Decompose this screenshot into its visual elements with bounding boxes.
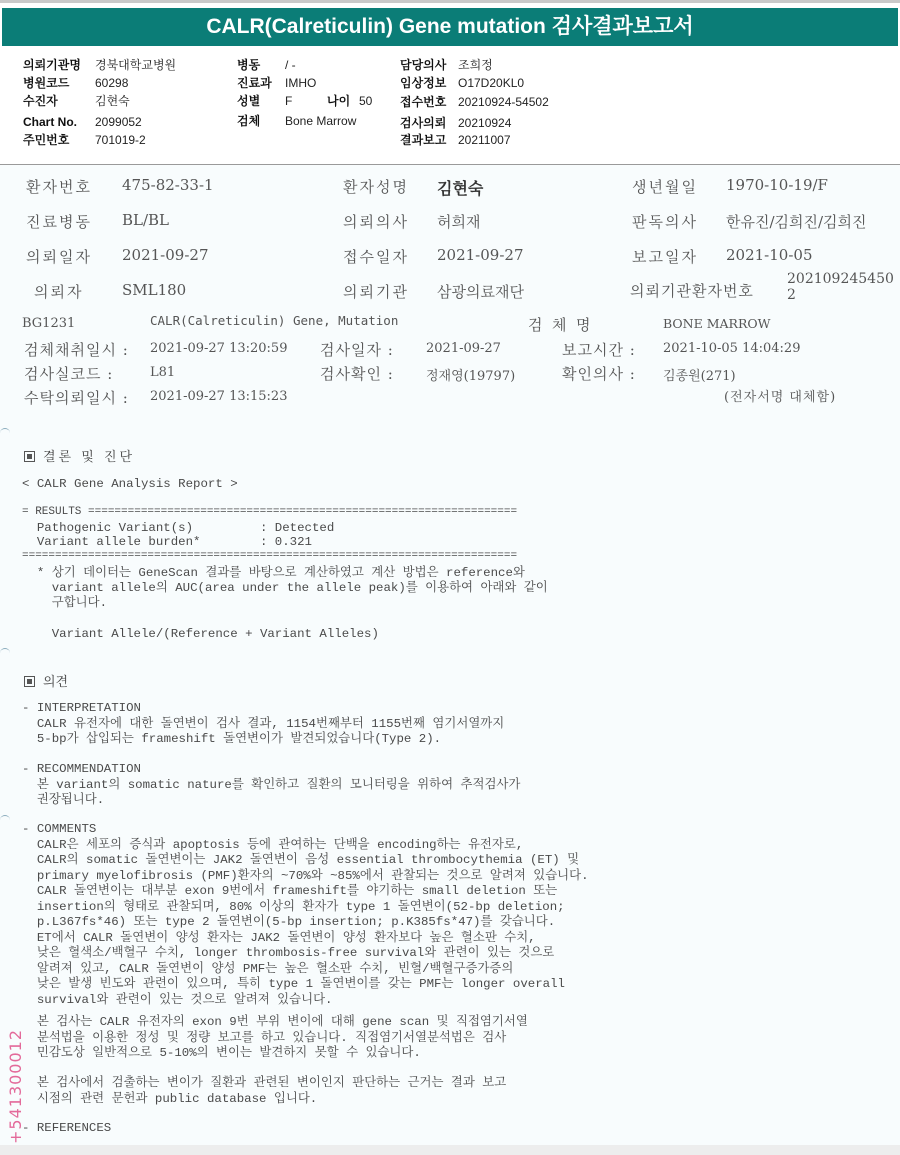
header-field-attending: 담당의사조희정 [400, 56, 493, 74]
patient-label-number: 환자번호 [26, 176, 92, 197]
analysis-report-title: < CALR Gene Analysis Report > [22, 477, 238, 491]
patient-value-institution-patient-no: 202109245450 [787, 271, 894, 287]
conclusion-heading: 결론 및 진단 [24, 446, 135, 465]
patient-label-report-date: 보고일자 [632, 246, 698, 267]
patient-value-receipt-date: 2021-09-27 [437, 246, 523, 264]
patient-label-requester: 의뢰자 [34, 281, 83, 302]
patient-value-requester: SML180 [122, 281, 186, 299]
square-bullet-icon [24, 451, 35, 462]
confirm-doctor-value: 김종원(271) [663, 365, 736, 384]
results-table: Pathogenic Variant(s) : Detected Variant… [22, 521, 334, 549]
report-time-value: 2021-10-05 14:04:29 [663, 341, 800, 356]
test-date-label: 검사일자 : [320, 339, 394, 360]
collect-label: 검체채취일시 : [24, 339, 129, 360]
header-field-specimen: 검체Bone Marrow [237, 112, 356, 130]
report-title-banner: CALR(Calreticulin) Gene mutation 검사결과보고서 [2, 8, 898, 46]
patient-value-birthdate: 1970-10-19/F [726, 176, 828, 194]
header-field-ward: 병동/ - [237, 56, 296, 74]
patient-value-report-date: 2021-10-05 [726, 246, 812, 264]
header-field-test-request: 검사의뢰20210924 [400, 114, 511, 132]
lab-code-label: 검사실코드 : [24, 363, 113, 384]
basis-note: 본 검사에서 검출하는 변이가 질환과 관련된 변이인지 판단하는 근거는 결과… [22, 1076, 506, 1107]
patient-value-name: 김현숙 [437, 176, 483, 199]
result-variant-allele-burden: Variant allele burden* : 0.321 [22, 535, 334, 549]
header-field-receipt-no: 접수번호20210924-54502 [400, 93, 549, 111]
confirm-doctor-label: 확인의사 : [562, 363, 636, 384]
references-heading: - REFERENCES [22, 1121, 111, 1135]
specimen-value: BONE MARROW [663, 316, 770, 331]
method-note: 본 검사는 CALR 유전자의 exon 9번 부위 변이에 대해 gene s… [22, 1015, 528, 1062]
header-field-age: 나이50 [327, 92, 372, 110]
patient-label-institution-patient-no: 의뢰기관환자번호 [630, 280, 754, 301]
header-field-clinical-info: 임상정보O17D20KL0 [400, 74, 524, 92]
e-signature-note: (전자서명 대체함) [724, 386, 836, 405]
patient-value-institution-patient-no-cont: 2 [787, 287, 796, 303]
margin-mark [0, 428, 10, 433]
bottom-scroll-area[interactable] [0, 1145, 900, 1155]
result-pathogenic-variant: Pathogenic Variant(s) : Detected [22, 521, 334, 535]
specimen-label: 검 체 명 [528, 314, 591, 335]
lab-code-value: L81 [150, 365, 175, 380]
patient-value-ward: BL/BL [122, 211, 169, 229]
patient-label-birthdate: 생년월일 [632, 176, 698, 197]
header-field-result-report: 결과보고20211007 [400, 131, 511, 149]
patient-label-receipt-date: 접수일자 [343, 246, 409, 267]
consign-value: 2021-09-27 13:15:23 [150, 389, 287, 404]
patient-value-number: 475-82-33-1 [122, 176, 214, 194]
allele-burden-formula: Variant Allele/(Reference + Variant Alle… [22, 627, 379, 641]
header-field-department: 진료과IMHO [237, 74, 316, 92]
test-date-value: 2021-09-27 [426, 341, 501, 356]
patient-label-name: 환자성명 [343, 176, 409, 197]
test-name: CALR(Calreticulin) Gene, Mutation [150, 313, 398, 328]
consign-label: 수탁의뢰일시 : [24, 387, 129, 408]
patient-value-referring-doctor: 허희재 [437, 211, 480, 232]
window-top-border [0, 0, 900, 3]
test-confirm-value: 정재영(19797) [426, 365, 515, 384]
report-time-label: 보고시간 : [562, 339, 636, 360]
results-footnote: * 상기 데이터는 GeneScan 결과를 바탕으로 계산하였고 계산 방법은… [22, 566, 548, 611]
patient-label-institution: 의뢰기관 [343, 281, 409, 302]
comments-section: - COMMENTS CALR은 세포의 증식과 apoptosis 등에 관여… [22, 822, 589, 1008]
opinion-heading: 의견 [24, 671, 68, 690]
header-field-resident-no: 주민번호701019-2 [23, 131, 146, 149]
header-field-patient: 수진자김현숙 [23, 92, 130, 110]
header-field-institution: 의뢰기관명경북대학교병원 [23, 56, 176, 74]
collect-value: 2021-09-27 13:20:59 [150, 341, 287, 356]
patient-label-ward: 진료병동 [26, 211, 92, 232]
patient-label-request-date: 의뢰일자 [26, 246, 92, 267]
interpretation-section: - INTERPRETATION CALR 유전자에 대한 돌연변이 검사 결과… [22, 701, 504, 748]
results-footer: ========================================… [22, 551, 517, 561]
test-confirm-label: 검사확인 : [320, 363, 394, 384]
recommendation-section: - RECOMMENDATION 본 variant의 somatic natu… [22, 762, 520, 809]
header-field-chart-no: Chart No.2099052 [23, 113, 142, 131]
patient-label-referring-doctor: 의뢰의사 [343, 211, 409, 232]
header-field-hospital-code: 병원코드60298 [23, 74, 128, 92]
patient-value-institution: 삼광의료재단 [437, 281, 524, 302]
results-header: = RESULTS ==============================… [22, 507, 517, 517]
patient-value-reading-doctor: 한유진/김희진/김희진 [726, 211, 867, 232]
margin-mark [0, 815, 10, 820]
margin-mark [0, 648, 10, 653]
patient-value-request-date: 2021-09-27 [122, 246, 208, 264]
header-field-sex: 성별F [237, 92, 292, 110]
document-id-stamp: +541300012 [6, 1008, 26, 1144]
test-code: BG1231 [22, 316, 75, 331]
square-bullet-icon [24, 676, 35, 687]
patient-label-reading-doctor: 판독의사 [632, 211, 698, 232]
